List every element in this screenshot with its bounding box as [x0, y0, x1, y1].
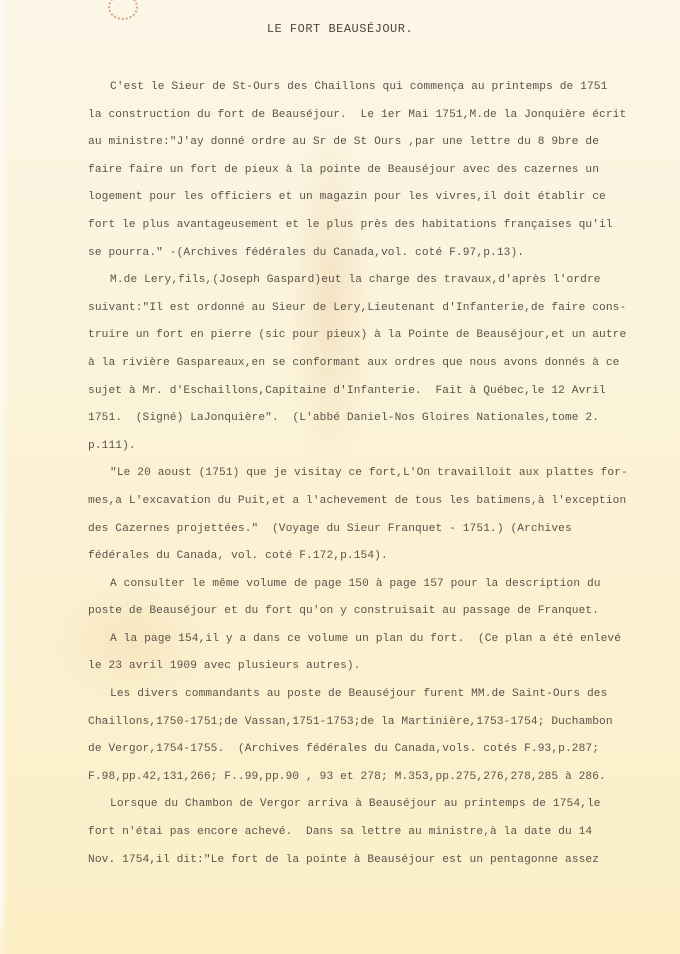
text-line: "Le 20 aoust (1751) que je visitay ce fo…: [88, 460, 673, 488]
text-line: Les divers commandants au poste de Beaus…: [88, 681, 673, 709]
scanned-page: LE FORT BEAUSÉJOUR. C'est le Sieur de St…: [0, 0, 680, 954]
text-line: suivant:"Il est ordonné au Sieur de Lery…: [88, 295, 673, 323]
paper-discoloration: [0, 900, 680, 954]
text-line: poste de Beauséjour et du fort qu'on y c…: [88, 598, 673, 626]
text-line: le 23 avril 1909 avec plusieurs autres).: [88, 653, 673, 681]
text-line: Nov. 1754,il dit:"Le fort de la pointe à…: [88, 847, 673, 875]
text-line: truire un fort en pierre (sic pour pieux…: [88, 322, 673, 350]
text-line: mes,a L'excavation du Puit,et a l'acheve…: [88, 488, 673, 516]
text-line: M.de Lery,fils,(Joseph Gaspard)eut la ch…: [88, 267, 673, 295]
text-line: sujet à Mr. d'Eschaillons,Capitaine d'In…: [88, 378, 673, 406]
text-line: 1751. (Signé) LaJonquière". (L'abbé Dani…: [88, 405, 673, 433]
text-line: Lorsque du Chambon de Vergor arriva à Be…: [88, 791, 673, 819]
document-body: C'est le Sieur de St-Ours des Chaillons …: [88, 74, 673, 874]
rust-stain-mark: [108, 0, 138, 20]
text-line: se pourra." -(Archives fédérales du Cana…: [88, 240, 673, 268]
text-line: F.98,pp.42,131,266; F..99,pp.90 , 93 et …: [88, 764, 673, 792]
text-line: faire faire un fort de pieux à la pointe…: [88, 157, 673, 185]
text-line: fédérales du Canada, vol. coté F.172,p.1…: [88, 543, 673, 571]
text-line: logement pour les officiers et un magazi…: [88, 184, 673, 212]
text-line: A consulter le même volume de page 150 à…: [88, 571, 673, 599]
text-line: fort n'étai pas encore achevé. Dans sa l…: [88, 819, 673, 847]
text-line: Chaillons,1750-1751;de Vassan,1751-1753;…: [88, 709, 673, 737]
page-edge: [0, 0, 8, 954]
text-line: fort le plus avantageusement et le plus …: [88, 212, 673, 240]
text-line: C'est le Sieur de St-Ours des Chaillons …: [88, 74, 673, 102]
text-line: de Vergor,1754-1755. (Archives fédérales…: [88, 736, 673, 764]
text-line: à la rivière Gaspareaux,en se conformant…: [88, 350, 673, 378]
document-title: LE FORT BEAUSÉJOUR.: [0, 22, 680, 36]
text-line: des Cazernes projettées." (Voyage du Sie…: [88, 516, 673, 544]
text-line: la construction du fort de Beauséjour. L…: [88, 102, 673, 130]
text-line: p.111).: [88, 433, 673, 461]
text-line: au ministre:"J'ay donné ordre au Sr de S…: [88, 129, 673, 157]
text-line: A la page 154,il y a dans ce volume un p…: [88, 626, 673, 654]
